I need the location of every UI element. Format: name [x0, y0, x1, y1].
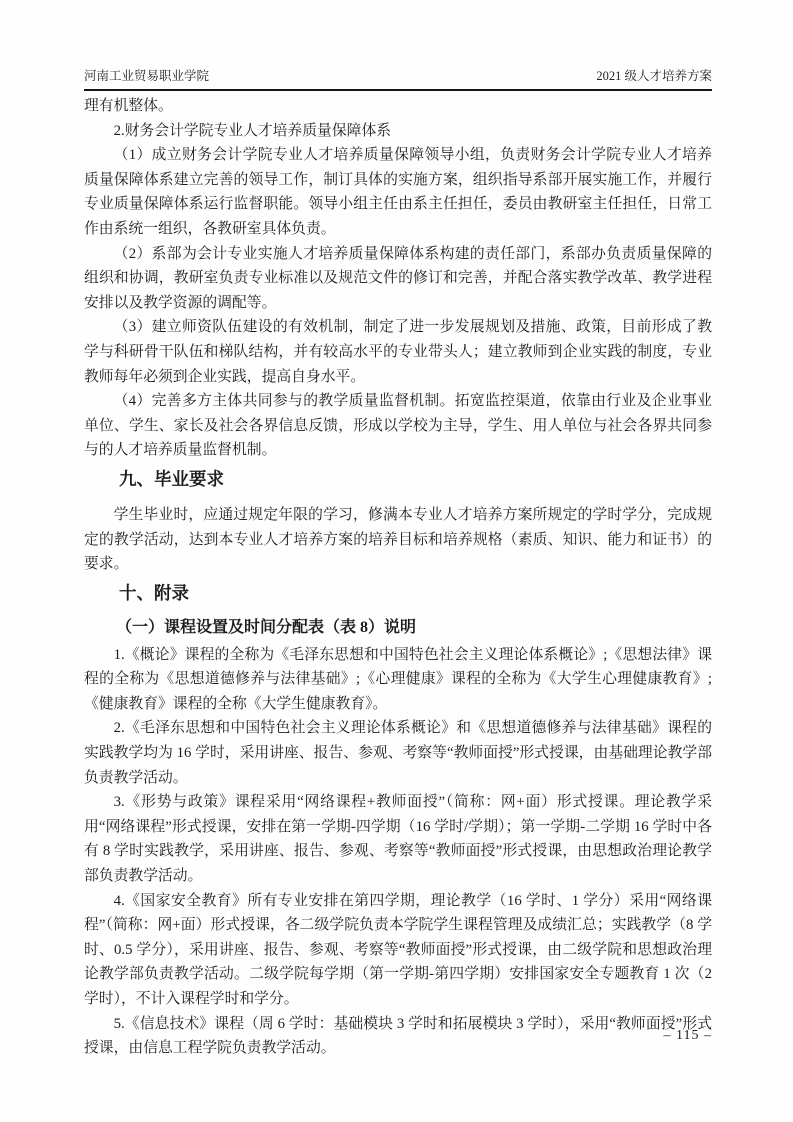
paragraph-note-5: 5.《信息技术》课程（周 6 学时：基础模块 3 学时和拓展模块 3 学时），采…: [84, 1012, 712, 1061]
page-number: – 115 –: [664, 1028, 712, 1044]
paragraph-note-2: 2.《毛泽东思想和中国特色社会主义理论体系概论》和《思想道德修养与法律基础》课程…: [84, 716, 712, 790]
paragraph-sub1: （1）成立财务会计学院专业人才培养质量保障领导小组，负责财务会计学院专业人才培养…: [84, 143, 712, 241]
heading-appendix-1: （一）课程设置及时间分配表（表 8）说明: [84, 617, 712, 639]
paragraph-item2-title: 2.财务会计学院专业人才培养质量保障体系: [84, 119, 712, 144]
paragraph-sub3: （3）建立师资队伍建设的有效机制，制定了进一步发展规划及措施、政策，目前形成了教…: [84, 315, 712, 389]
document-page: 河南工业贸易职业学院 2021 级人才培养方案 理有机整体。 2.财务会计学院专…: [0, 0, 793, 1122]
heading-section-9: 九、毕业要求: [84, 467, 712, 491]
header-plan-title: 2021 级人才培养方案: [596, 66, 712, 84]
paragraph-sub2: （2）系部为会计专业实施人才培养质量保障体系构建的责任部门，系部办负责质量保障的…: [84, 242, 712, 316]
paragraph-note-1: 1.《概论》课程的全称为《毛泽东思想和中国特色社会主义理论体系概论》;《思想法律…: [84, 643, 712, 717]
paragraph-sub4: （4）完善多方主体共同参与的教学质量监督机制。拓宽监控渠道，依靠由行业及企业事业…: [84, 389, 712, 463]
paragraph-graduation: 学生毕业时，应通过规定年限的学习，修满本专业人才培养方案所规定的学时学分，完成规…: [84, 503, 712, 577]
document-body: 理有机整体。 2.财务会计学院专业人才培养质量保障体系 （1）成立财务会计学院专…: [84, 94, 712, 1061]
paragraph-note-3: 3.《形势与政策》课程采用“网络课程+教师面授”（简称：网+面）形式授课。理论教…: [84, 790, 712, 888]
heading-section-10: 十、附录: [84, 581, 712, 605]
header-school-name: 河南工业贸易职业学院: [84, 66, 209, 84]
paragraph-note-4: 4.《国家安全教育》所有专业安排在第四学期，理论教学（16 学时、1 学分）采用…: [84, 889, 712, 1012]
paragraph-continuation: 理有机整体。: [84, 94, 712, 119]
page-header: 河南工业贸易职业学院 2021 级人才培养方案: [84, 66, 712, 91]
